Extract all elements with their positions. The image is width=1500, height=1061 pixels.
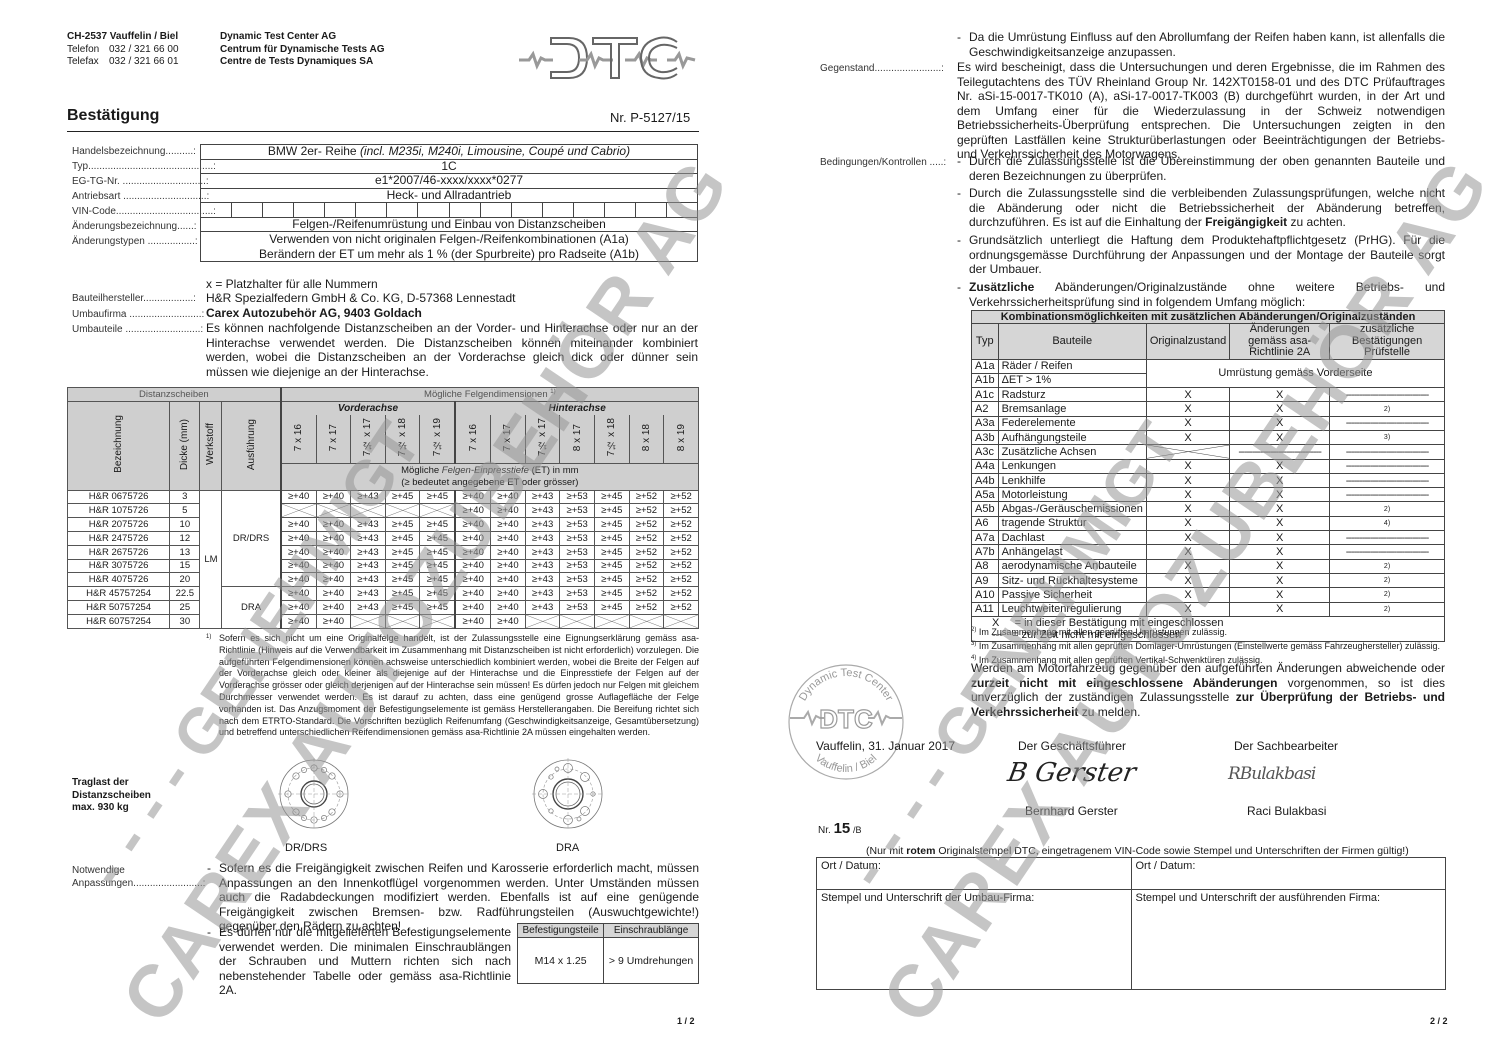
fastening-header-length: Einschraublänge <box>604 924 699 938</box>
label-manufacturer: Bauteilhersteller..................: <box>72 293 196 304</box>
combo-typ: A4b <box>972 473 999 487</box>
et-value: ≥+40 <box>281 587 316 601</box>
et-value: ≥+52 <box>629 545 664 559</box>
combo-asa: X <box>1230 531 1330 545</box>
combo-typ: A5a <box>972 488 999 502</box>
et-value: ≥+40 <box>316 587 351 601</box>
company-name: Dynamic Test Center AG <box>220 31 384 44</box>
signature-1: B Gerster <box>1005 758 1138 788</box>
col-thickness: Dicke (mm) <box>170 401 200 490</box>
document-number: Nr. P-5127/15 <box>610 110 690 125</box>
et-value: ≥+43 <box>525 518 560 532</box>
trade-name-value: BMW 2er- Reihe (incl. M235i, M240i, Limo… <box>201 145 698 160</box>
combo-extra-na: ------------------------------- <box>1330 459 1445 473</box>
et-value: ≥+43 <box>351 559 386 573</box>
col-material: Werkstoff <box>200 401 222 490</box>
et-value: ≥+52 <box>664 531 699 545</box>
document-title: Bestätigung <box>67 107 159 125</box>
et-value: ≥+40 <box>491 545 526 559</box>
vin-box[interactable] <box>325 203 356 218</box>
combo-original: X <box>1146 459 1229 473</box>
et-value: ≥+53 <box>560 587 595 601</box>
page-1: CH-2537 Vauffelin / Biel Telefon032 / 32… <box>0 0 750 1061</box>
combo-typ: A3c <box>972 445 999 459</box>
combo-part: Federelemente <box>998 416 1146 430</box>
combo-part: Radsturz <box>998 388 1146 402</box>
combo-typ: A10 <box>972 588 999 602</box>
combo-col-part: Bauteile <box>998 324 1146 360</box>
combo-extra-footnote: 2) <box>1330 502 1445 516</box>
et-value: ≥+52 <box>629 587 664 601</box>
combo-original: X <box>1146 402 1229 416</box>
vin-box[interactable] <box>666 203 697 218</box>
combo-asa: X <box>1230 416 1330 430</box>
et-value: ≥+52 <box>664 545 699 559</box>
et-not-allowed <box>525 614 560 628</box>
vin-box[interactable] <box>573 203 604 218</box>
label-converter: Umbaufirma ..........................: <box>72 309 204 320</box>
combo-asa: X <box>1230 402 1330 416</box>
label-change-types: Änderungstypen .................: <box>72 236 198 247</box>
et-value: ≥+52 <box>664 600 699 614</box>
et-value: ≥+43 <box>525 573 560 587</box>
combo-typ: A1b <box>972 373 999 387</box>
et-value: ≥+45 <box>385 559 420 573</box>
combo-original: X <box>1146 602 1229 616</box>
et-value: ≥+40 <box>281 490 316 504</box>
et-value: ≥+43 <box>351 545 386 559</box>
combo-original: X <box>1146 473 1229 487</box>
fastening-length-value: > 9 Umdrehungen <box>604 938 699 984</box>
combo-original: X <box>1146 516 1229 530</box>
combo-row: A3cZusätzliche Achsen-------------------… <box>972 445 1445 459</box>
et-value: ≥+40 <box>491 587 526 601</box>
combo-extra-footnote: 2) <box>1330 402 1445 416</box>
condition-2: -Durch die Zulassungsstelle sind die ver… <box>969 186 1445 230</box>
combo-extra-footnote: 2) <box>1330 573 1445 587</box>
page-number-1: 1 / 2 <box>677 1016 695 1026</box>
label-vin: VIN-Code................................… <box>72 206 216 217</box>
spacer-row: H&R 207572610≥+40≥+40≥+43≥+45≥+45≥+40≥+4… <box>68 518 699 532</box>
front-axle-header: Vorderachse <box>281 401 456 415</box>
et-value: ≥+40 <box>455 600 490 614</box>
combo-extra-na: ------------------------------- <box>1330 531 1445 545</box>
company-block: Dynamic Test Center AG Centrum für Dynam… <box>220 31 384 69</box>
label-subject: Gegenstand........................: <box>820 63 944 74</box>
et-value: ≥+43 <box>351 531 386 545</box>
et-value: ≥+53 <box>560 490 595 504</box>
combo-asa: X <box>1230 473 1330 487</box>
et-value: ≥+40 <box>316 573 351 587</box>
combo-row: A7aDachlastXX---------------------------… <box>972 531 1445 545</box>
combo-extra-na: ------------------------------- <box>1330 388 1445 402</box>
title-divider <box>67 131 699 132</box>
manufacturer-value: H&R Spezialfedern GmbH & Co. KG, D-57368… <box>206 291 516 305</box>
spacer-thickness: 3 <box>170 490 200 504</box>
spacer-designation: H&R 3075726 <box>68 559 170 573</box>
et-value: ≥+43 <box>525 531 560 545</box>
rim-size-header: 7½ x 18 <box>595 415 630 463</box>
combo-part: Sitz- und Rückhaltesysteme <box>998 573 1146 587</box>
rear-axle-header: Hinterachse <box>455 401 698 415</box>
combo-part: Motorleistung <box>998 488 1146 502</box>
et-header: Mögliche Felgen-Einpresstiefe (ET) in mm… <box>281 463 699 490</box>
signature-2: RBulakbasi <box>1228 764 1315 784</box>
combo-part: Lenkungen <box>998 459 1146 473</box>
address-city: CH-2537 Vauffelin / Biel <box>67 31 179 44</box>
eg-tg-value: e1*2007/46-xxxx/xxxx*0277 <box>201 174 698 189</box>
vin-box[interactable] <box>387 203 418 218</box>
combo-original: X <box>1146 502 1229 516</box>
spacer-thickness: 20 <box>170 573 200 587</box>
et-value: ≥+45 <box>420 490 455 504</box>
address-block: CH-2537 Vauffelin / Biel Telefon032 / 32… <box>67 31 179 69</box>
combo-original: X <box>1146 545 1229 559</box>
rim-size-header: 8 x 18 <box>629 415 664 463</box>
combo-extra-footnote: 3) <box>1330 430 1445 444</box>
vin-code-boxes[interactable] <box>201 203 698 218</box>
et-value: ≥+45 <box>385 545 420 559</box>
svg-text:DTC: DTC <box>819 704 873 734</box>
et-value: ≥+40 <box>455 614 490 628</box>
rim-size-header: 8 x 19 <box>664 415 699 463</box>
combo-asa: X <box>1230 559 1330 573</box>
combo-row: A7bAnhängelastXX------------------------… <box>972 545 1445 559</box>
combo-extra-footnote: 2) <box>1330 602 1445 616</box>
et-value: ≥+53 <box>560 600 595 614</box>
et-value: ≥+40 <box>316 600 351 614</box>
et-value: ≥+45 <box>595 573 630 587</box>
et-value: ≥+45 <box>385 600 420 614</box>
placeholder-note: x = Platzhalter für alle Nummern <box>206 277 378 291</box>
et-not-allowed <box>664 614 699 628</box>
spacer-thickness: 12 <box>170 531 200 545</box>
rim-size-header: 7 x 17 <box>491 415 526 463</box>
vin-box[interactable] <box>232 203 263 218</box>
diagram-label-dr-drs: DR/DRS <box>285 842 327 854</box>
et-value: ≥+40 <box>455 559 490 573</box>
et-value: ≥+40 <box>316 545 351 559</box>
combo-row: A5aMotorleistungXX----------------------… <box>972 488 1445 502</box>
combo-original: X <box>1146 588 1229 602</box>
combo-merged-note: Umrüstung gemäss Vorderseite <box>1146 359 1444 388</box>
footnote-1-mark: 1) <box>206 634 211 640</box>
rim-size-header: 7 x 16 <box>455 415 490 463</box>
label-adjustments: NotwendigeAnpassungen...................… <box>72 864 205 890</box>
stamp-field-executor[interactable]: Stempel und Unterschrift der ausführende… <box>1131 890 1446 990</box>
label-type: Typ.....................................… <box>72 161 216 172</box>
combo-row: A3aFederelementeXX----------------------… <box>972 416 1445 430</box>
et-not-allowed <box>351 504 386 518</box>
combo-typ: A8 <box>972 559 999 573</box>
vin-box[interactable] <box>604 203 635 218</box>
combo-row: A5bAbgas-/GeräuschemissionenXX2) <box>972 502 1445 516</box>
place-date: Vauffelin, 31. Januar 2017 <box>816 739 955 753</box>
et-value: ≥+40 <box>316 614 351 628</box>
combo-original: X <box>1146 488 1229 502</box>
spacer-row: H&R 5075725425≥+40≥+40≥+43≥+45≥+45≥+40≥+… <box>68 600 699 614</box>
combo-asa: X <box>1230 573 1330 587</box>
et-value: ≥+52 <box>629 518 664 532</box>
rim-size-header: 7 x 16 <box>281 415 316 463</box>
spacer-designation: H&R 60757254 <box>68 614 170 628</box>
combo-part: Zusätzliche Achsen <box>998 445 1146 459</box>
combo-row: A4bLenkhilfeXX--------------------------… <box>972 473 1445 487</box>
combo-original: X <box>1146 573 1229 587</box>
combo-asa: X <box>1230 459 1330 473</box>
et-value: ≥+52 <box>664 559 699 573</box>
combo-typ: A7b <box>972 545 999 559</box>
certificate-number: Nr. 15 /B <box>818 820 862 837</box>
combo-original: X <box>1146 416 1229 430</box>
spacer-thickness: 5 <box>170 504 200 518</box>
et-value: ≥+40 <box>281 545 316 559</box>
condition-3: -Grundsätzlich unterliegt die Haftung de… <box>969 233 1445 277</box>
combo-typ: A7a <box>972 531 999 545</box>
vin-box[interactable] <box>511 203 542 218</box>
spacer-thickness: 25 <box>170 600 200 614</box>
et-value: ≥+53 <box>560 531 595 545</box>
fastening-header-parts: Befestigungsteile <box>518 924 604 938</box>
rim-size-header: 7½ x 18 <box>385 415 420 463</box>
et-value: ≥+40 <box>491 518 526 532</box>
et-value: ≥+52 <box>664 573 699 587</box>
et-value: ≥+40 <box>491 490 526 504</box>
et-value: ≥+43 <box>351 490 386 504</box>
drive-value: Heck- und Allradantrieb <box>201 188 698 203</box>
et-value: ≥+45 <box>385 531 420 545</box>
et-value: ≥+40 <box>455 587 490 601</box>
label-change-name: Änderungsbezeichnung......: <box>72 221 197 232</box>
et-value: ≥+40 <box>491 600 526 614</box>
et-not-allowed <box>351 614 386 628</box>
et-value: ≥+52 <box>629 573 664 587</box>
signer-1-role: Der Geschäftsführer <box>1018 739 1126 753</box>
et-value: ≥+43 <box>351 600 386 614</box>
combo-original: X <box>1146 559 1229 573</box>
fastening-table: BefestigungsteileEinschraublänge M14 x 1… <box>517 923 699 984</box>
et-value: ≥+43 <box>525 504 560 518</box>
combo-asa: X <box>1230 430 1330 444</box>
spacer-row: H&R 10757265≥+40≥+40≥+43≥+53≥+45≥+52≥+52 <box>68 504 699 518</box>
et-value: ≥+45 <box>420 518 455 532</box>
et-value: ≥+40 <box>281 573 316 587</box>
signer-2-name: Raci Bulakbasi <box>1247 804 1326 818</box>
vin-box[interactable] <box>263 203 294 218</box>
spacer-designation: H&R 2675726 <box>68 545 170 559</box>
combo-asa: X <box>1230 502 1330 516</box>
et-value: ≥+45 <box>595 600 630 614</box>
vehicle-data-table: BMW 2er- Reihe (incl. M235i, M240i, Limo… <box>200 144 698 262</box>
et-value: ≥+45 <box>420 587 455 601</box>
vin-box[interactable] <box>201 203 232 218</box>
col-designation: Bezeichnung <box>68 401 170 490</box>
combo-asa: X <box>1230 488 1330 502</box>
combo-row: A2BremsanlageXX2) <box>972 402 1445 416</box>
spacer-designation: H&R 2475726 <box>68 531 170 545</box>
spacer-thickness: 30 <box>170 614 200 628</box>
et-value: ≥+43 <box>525 559 560 573</box>
combo-typ: A1c <box>972 388 999 402</box>
et-value: ≥+45 <box>595 587 630 601</box>
combo-col-extra: zusätzliche Bestätigungen Prüfstelle <box>1330 324 1445 360</box>
et-value: ≥+40 <box>455 545 490 559</box>
rim-size-header: 7½ x 19 <box>420 415 455 463</box>
combo-typ: A2 <box>972 402 999 416</box>
spacer-designation: H&R 2075726 <box>68 518 170 532</box>
et-value: ≥+45 <box>420 573 455 587</box>
dtc-logo <box>517 32 697 84</box>
combo-part: Dachlast <box>998 531 1146 545</box>
et-value: ≥+40 <box>281 531 316 545</box>
combo-extra-footnote: 4) <box>1330 516 1445 530</box>
et-value: ≥+52 <box>664 518 699 532</box>
combo-typ: A11 <box>972 602 999 616</box>
condition-4: -Zusätzliche Abänderungen/Originalzustän… <box>969 280 1445 309</box>
combo-col-original: Originalzustand <box>1146 324 1229 360</box>
spacer-thickness: 13 <box>170 545 200 559</box>
phone-label: Telefon <box>67 44 109 57</box>
fastening-part-value: M14 x 1.25 <box>518 938 604 984</box>
svg-text:Dynamic Test Center: Dynamic Test Center <box>797 667 895 703</box>
fax-label: Telefax <box>67 56 109 69</box>
combo-original: X <box>1146 388 1229 402</box>
combo-part: Bremsanlage <box>998 402 1146 416</box>
et-value: ≥+43 <box>351 573 386 587</box>
footnote-1-text: Sofern es sich nicht um eine Originalfel… <box>219 633 699 739</box>
hub-diagram-dra <box>532 758 604 835</box>
adjustment-2: -Es dürfen nur die mitgelieferten Befest… <box>219 925 511 998</box>
combo-extra-na: ------------------------------- <box>1330 473 1445 487</box>
combo-extra-footnote: 2) <box>1330 559 1445 573</box>
et-value: ≥+45 <box>420 545 455 559</box>
et-value: ≥+45 <box>595 518 630 532</box>
label-trade-name: Handelsbezeichnung..........: <box>72 146 196 157</box>
spacer-designation: H&R 50757254 <box>68 600 170 614</box>
et-not-allowed <box>629 614 664 628</box>
spacer-material: LM <box>200 490 222 628</box>
et-value: ≥+40 <box>455 573 490 587</box>
vin-box[interactable] <box>542 203 573 218</box>
et-value: ≥+53 <box>560 504 595 518</box>
et-value: ≥+45 <box>595 545 630 559</box>
et-value: ≥+45 <box>595 559 630 573</box>
vin-box[interactable] <box>356 203 387 218</box>
parts-text: Es können nachfolgende Distanzscheiben a… <box>206 321 698 379</box>
et-value: ≥+53 <box>560 559 595 573</box>
spacer-version-dra: DRA <box>222 587 281 628</box>
load-capacity: Traglast derDistanzscheibenmax. 930 kg <box>72 777 151 815</box>
et-value: ≥+52 <box>629 559 664 573</box>
et-value: ≥+52 <box>629 490 664 504</box>
et-value: ≥+52 <box>629 504 664 518</box>
combination-table: Kombinationsmöglichkeiten mit zusätzlich… <box>971 310 1445 642</box>
combo-extra-na: ------------------------------- <box>1330 445 1445 459</box>
combo-typ: A1a <box>972 359 999 373</box>
et-value: ≥+40 <box>491 504 526 518</box>
change-types-value: Verwenden von nicht originalen Felgen-/R… <box>201 232 698 262</box>
vin-box[interactable] <box>480 203 511 218</box>
combo-row: A3bAufhängungsteileXX3) <box>972 430 1445 444</box>
et-not-allowed <box>385 614 420 628</box>
et-value: ≥+40 <box>316 531 351 545</box>
combo-typ: A6 <box>972 516 999 530</box>
combo-row: A4aLenkungenXX--------------------------… <box>972 459 1445 473</box>
label-parts: Umbauteile ...........................: <box>72 324 203 335</box>
et-not-allowed <box>281 504 316 518</box>
spacer-row: H&R 4575725422.5DRA≥+40≥+40≥+43≥+45≥+45≥… <box>68 587 699 601</box>
vin-box[interactable] <box>294 203 325 218</box>
et-value: ≥+40 <box>281 559 316 573</box>
spacer-row: H&R 06757263LMDR/DRS≥+40≥+40≥+43≥+45≥+45… <box>68 490 699 504</box>
combo-asa: X <box>1230 516 1330 530</box>
stamp-field-converter[interactable]: Stempel und Unterschrift der Umbau-Firma… <box>817 890 1132 990</box>
et-value: ≥+45 <box>385 573 420 587</box>
et-value: ≥+45 <box>595 531 630 545</box>
fax-number: 032 / 321 66 01 <box>109 56 179 67</box>
rim-size-header: 7 x 17 <box>316 415 351 463</box>
et-value: ≥+40 <box>455 504 490 518</box>
et-value: ≥+45 <box>385 490 420 504</box>
col-version: Ausführung <box>222 401 281 490</box>
et-value: ≥+45 <box>420 531 455 545</box>
et-value: ≥+52 <box>629 600 664 614</box>
label-conditions: Bedingungen/Kontrollen .....: <box>820 157 946 168</box>
converter-value: Carex Autozubehör AG, 9403 Goldach <box>206 306 422 320</box>
combo-extra-na: ------------------------------- <box>1330 416 1445 430</box>
condition-1: -Durch die Zulassungsstelle ist die Über… <box>969 154 1445 183</box>
combo-row: A11LeuchtweitenregulierungXX2) <box>972 602 1445 616</box>
et-value: ≥+52 <box>664 587 699 601</box>
et-value: ≥+40 <box>316 490 351 504</box>
et-value: ≥+40 <box>491 573 526 587</box>
et-value: ≥+43 <box>525 587 560 601</box>
rim-group-header: Mögliche Felgendimensionen 1) <box>281 388 699 402</box>
et-value: ≥+45 <box>385 518 420 532</box>
combo-asa: X <box>1230 388 1330 402</box>
combo-extra-na: ------------------------------- <box>1330 488 1445 502</box>
rim-size-header: 8 x 17 <box>560 415 595 463</box>
vin-box[interactable] <box>635 203 666 218</box>
et-value: ≥+53 <box>560 573 595 587</box>
combo-row: A6tragende StrukturXX4) <box>972 516 1445 530</box>
combo-part: ΔET > 1% <box>998 373 1146 387</box>
spacer-thickness: 10 <box>170 518 200 532</box>
et-value: ≥+43 <box>351 518 386 532</box>
combo-typ: A4a <box>972 459 999 473</box>
combo-part: Aufhängungsteile <box>998 430 1146 444</box>
et-value: ≥+40 <box>491 531 526 545</box>
place-date-field-right[interactable]: Ort / Datum: <box>1131 858 1446 890</box>
et-not-allowed <box>385 504 420 518</box>
et-value: ≥+40 <box>316 518 351 532</box>
spacer-row: H&R 6075725430≥+40≥+40≥+40≥+40 <box>68 614 699 628</box>
intro-bullet: -Da die Umrüstung Einfluss auf den Abrol… <box>969 30 1445 59</box>
et-value: ≥+40 <box>281 614 316 628</box>
combo-extra-na: ------------------------------- <box>1330 545 1445 559</box>
et-value: ≥+45 <box>385 587 420 601</box>
label-eg-tg: EG-TG-Nr. ..............................… <box>72 176 209 187</box>
et-not-allowed <box>560 614 595 628</box>
vin-box[interactable] <box>418 203 449 218</box>
rim-size-header: 7½ x 17 <box>525 415 560 463</box>
combo-legend: X = in dieser Bestätigung mit eingeschlo… <box>972 616 1445 641</box>
spacer-row: H&R 407572620≥+40≥+40≥+43≥+45≥+45≥+40≥+4… <box>68 573 699 587</box>
rim-size-header: 7½ x 17 <box>351 415 386 463</box>
et-value: ≥+40 <box>455 518 490 532</box>
vin-box[interactable] <box>449 203 480 218</box>
place-date-field-left[interactable]: Ort / Datum: <box>817 858 1132 890</box>
